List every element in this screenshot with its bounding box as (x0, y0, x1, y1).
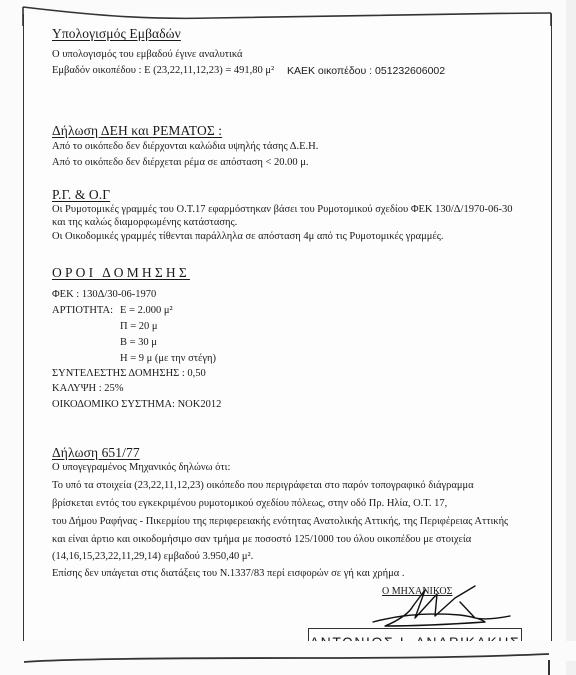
dei-line: Από το οικόπεδο δεν διέρχονται καλώδια υ… (52, 142, 318, 153)
kaek-code: ΚΑΕΚ οικοπέδου : 051232606002 (287, 66, 445, 77)
next-page-right-border (548, 660, 550, 675)
artiotita-label: ΑΡΤΙΟΤΗΤΑ: (52, 306, 113, 317)
document-page (23, 14, 552, 641)
fek-line: ΦΕΚ : 130Δ/30-06-1970 (52, 290, 156, 301)
artiotita-frontage: Π = 20 μ (120, 322, 158, 333)
declaration-line: Το υπό τα στοιχεία (23,22,11,12,23) οικό… (52, 481, 474, 492)
area-calculation-heading: Υπολογισμός Εμβαδών (52, 26, 181, 42)
artiotita-area: Ε = 2.000 μ² (120, 306, 173, 317)
plot-area-line: Εμβαδόν οικοπέδου : Ε (23,22,11,12,23) =… (52, 66, 274, 77)
rg-line: Οι Ρυμοτομικές γραμμές του Ο.Τ.17 εφαρμό… (52, 205, 512, 216)
next-page-top-border (0, 652, 576, 675)
artiotita-depth: Β = 30 μ (120, 338, 157, 349)
building-terms-heading: ΟΡΟΙ ΔΟΜΗΣΗΣ (52, 265, 190, 281)
dei-declaration-heading: Δήλωση ΔΕΗ και ΡΕΜΑΤΟΣ : (52, 123, 222, 139)
area-calculation-line: Ο υπολογισμός του εμβαδού έγινε αναλυτικ… (52, 50, 243, 61)
scan-shadow (566, 0, 576, 675)
og-line: Οι Οικοδομικές γραμμές τίθενται παράλληλ… (52, 232, 444, 243)
building-system: ΟΙΚΟΔΟΜΙΚΟ ΣΥΣΤΗΜΑ: ΝΟΚ2012 (52, 400, 221, 411)
rg-line: και της καλώς διαμορφωμένης κατάστασης. (52, 218, 237, 229)
artiotita-height: Η = 9 μ (με την στέγη) (120, 354, 216, 365)
declaration-line: και είναι άρτιο και οικοδομήσιμο σαν τμή… (52, 535, 471, 546)
declaration-line: του Δήμου Ραφήνας - Πικερμίου της περιφε… (52, 517, 508, 528)
rg-og-heading: Ρ.Γ. & Ο.Γ (52, 187, 110, 203)
declaration-line: (14,16,15,23,22,11,29,14) εμβαδού 3.950,… (52, 552, 253, 563)
engineer-stamp: ΑΝΤΩΝΙΟΣ Ι. ΑΝΑΡΙΚΑΚΗΣ (308, 628, 522, 642)
signature-image (365, 582, 520, 630)
declaration-line: Ο υπογεγραμένος Μηχανικός δηλώνω ότι: (52, 463, 230, 474)
declaration-line: Επίσης δεν υπάγεται στις διατάξεις του Ν… (52, 569, 404, 580)
page-top-border (22, 4, 552, 26)
declaration-line: βρίσκεται εντός του εγκεκριμένου ρυμοτομ… (52, 499, 447, 510)
declaration-651-heading: Δήλωση 651/77 (52, 445, 140, 461)
building-coefficient: ΣΥΝΤΕΛΕΣΤΗΣ ΔΟΜΗΣΗΣ : 0,50 (52, 369, 206, 380)
coverage: ΚΑΛΥΨΗ : 25% (52, 384, 124, 395)
stream-line: Από το οικόπεδο δεν διέρχεται ρέμα σε απ… (52, 158, 309, 169)
